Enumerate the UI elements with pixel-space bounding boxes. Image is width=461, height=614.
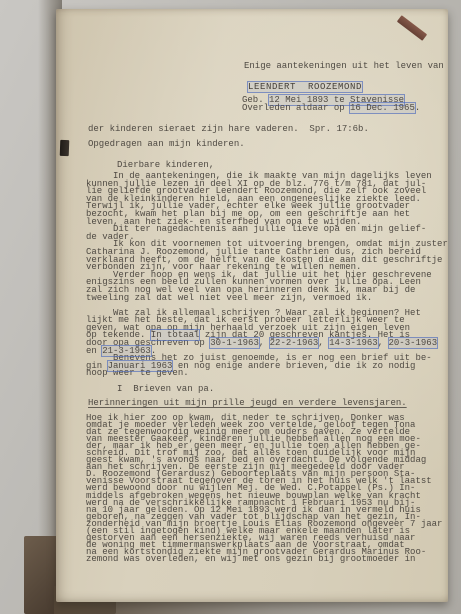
text-line: zal zich nog wel veel van opa herinneren… [86,285,452,293]
text-line: dat ze tegenwoordig weinig meer om ouder… [86,427,452,434]
text-line: na een kortstondig ziekte mijn grootvade… [86,547,452,554]
text-line: D. Roozemond (Gerardusz) Geboorteplaats … [86,469,452,476]
text-line: geest kwam, 's avonds naar bed en overda… [86,455,452,462]
text-line: zonderheid van mijn broertje Louis Elias… [86,519,452,526]
text-line: gestorven aan een hersenziekte, wij ware… [86,533,452,540]
text-line: Verder hoop en wens ik, dat jullie uit h… [86,270,452,278]
body-text-2: Hoe ik hier zoo op kwam, dit neder te sc… [86,413,452,561]
annotation-highlight: LEENDERT ROOZEMOND [248,82,362,92]
folded-corner-mark [397,15,427,41]
text-line: lijkt me het beste, dat ik eerst probeer… [86,315,452,323]
typewritten-page: Enige aantekeningen uit het leven van LE… [56,9,448,602]
header-intro-line: Enige aantekeningen uit het leven van [244,61,444,71]
text-line: Hoe ik hier zoo op kwam, dit neder te sc… [86,413,452,420]
verse-line: der kinderen sieraet zijn hare vaderen. … [88,124,369,134]
text-line: aan het schrijven. De eerste zijn mij me… [86,462,452,469]
text-line: van meester Gaakeer, kinderen jullie heb… [86,434,452,441]
text-line: (een stil ingetogen kind) welke maar enk… [86,526,452,533]
dedication-line: Opgedragen aan mijn kinderen. [88,139,245,149]
annotation-highlight: 14-3-1963 [329,338,378,348]
text-line: gin Januari 1963 en nog enige andere bri… [86,361,452,369]
text-line: enigszins een beeld zullen kunnen vormen… [86,277,452,285]
text-line: Terwijl ik, jullie vader, echter elke we… [86,201,452,209]
text-line: geboren, na zeggen van vader tot blijdsc… [86,512,452,519]
text-line: zemond was overleden, en wij met ons gez… [86,554,452,561]
annotation-highlight: 22-2-1963 [270,338,319,348]
text-line: Ik kon dit voornemen tot uitvoering bren… [86,239,452,247]
binding-mark [60,140,70,156]
text-line: op tekende. In totaal zijn dat 20 geschr… [86,330,452,338]
person-name: LEENDERT ROOZEMOND [248,82,362,92]
body-text-1: In de aantekeningen, die ik maakte van m… [86,171,452,376]
text-line: lie geliefde grootvader Leendert Roozemo… [86,186,452,194]
salutation-line: Dierbare kinderen, [117,160,214,170]
text-line: werd na de verschrikkelijke rampnacht 1 … [86,498,452,505]
subsection-heading: Herinneringen uit mijn prille jeugd en v… [88,398,407,408]
text-line: de woning met timmermanswerkplaats aan d… [86,540,452,547]
text-line: middels afgebroken wegens het nieuwe bou… [86,491,452,498]
text-line: Wat zal ik allemaal schrijven ? Waar zal… [86,308,452,316]
text-line: schreid. Dit trof mij zoo, dat alles toe… [86,448,452,455]
text-line: verklaard heeft, om de helft van de kost… [86,255,452,263]
text-line: der, maar ik heb er geen meer, en jullie… [86,441,452,448]
text-line: door opa geschreven op 30-1-1963, 22-2-1… [86,338,452,346]
annotation-highlight: 30-1-1963 [210,338,259,348]
text-line: venisse Voorstraat tegenover de toren in… [86,476,452,483]
book-photo: Enige aantekeningen uit het leven van LE… [0,0,461,614]
section-heading: I Brieven van pa. [117,384,214,394]
annotation-highlight: 16 Dec. 1965 [350,103,415,113]
annotation-highlight: 20-3-1963 [389,338,438,348]
text-line: omdat je moeder verleden week zoo vertel… [86,420,452,427]
text-line: Benevens het zo juist genoemde, is er no… [86,353,452,361]
text-line: In de aantekeningen, die ik maakte van m… [86,171,452,179]
death-line: Overleden aldaar op 16 Dec. 1965. [242,103,420,113]
text-line: kunnen jullie lezen in deel XI op de blz… [86,179,452,187]
text-line: werd bewoond door nu wijlen Mej. de Wed.… [86,483,452,490]
text-line: na 10 jaar geleden. Op 12 Mei 1893 werd … [86,505,452,512]
text-line: Dit ter nagedachtenis aan jullie lieve o… [86,224,452,232]
text-line: Catharina J. Roozemond, jullie tante Cat… [86,247,452,255]
text-line: van de kleinkinderen hield, aan een onge… [86,194,452,202]
text-line: bezocht, kwam het plan bij me op, om een… [86,209,452,217]
